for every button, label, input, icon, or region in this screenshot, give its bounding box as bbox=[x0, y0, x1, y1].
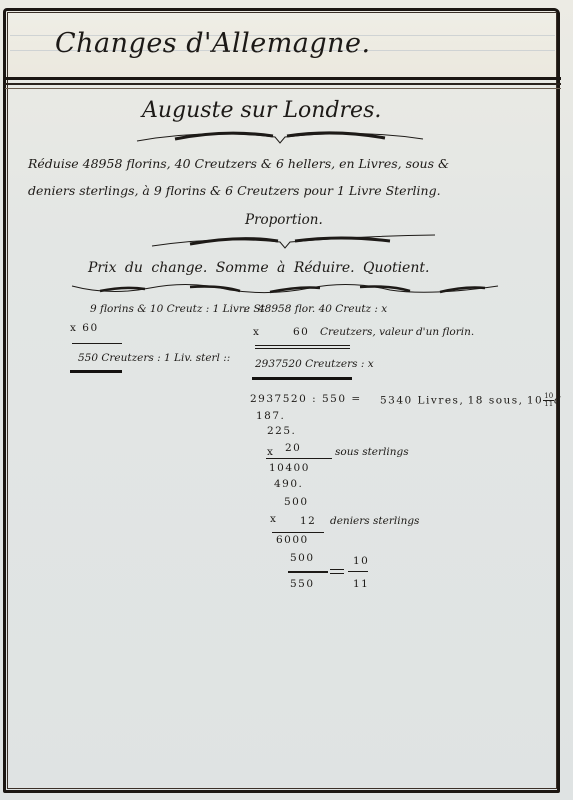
mult2-label: deniers sterlings bbox=[330, 515, 419, 527]
proportion-row2-note: Creutzers, valeur d'un florin. bbox=[320, 326, 474, 338]
division-step-1: 187. bbox=[256, 410, 285, 422]
double-rule bbox=[70, 370, 122, 373]
remainder-1: 490. bbox=[274, 478, 303, 490]
section-title: Auguste sur Londres. bbox=[142, 98, 381, 123]
product-2: 6000 bbox=[276, 534, 309, 546]
fraction-bar bbox=[288, 571, 328, 573]
sum-rule bbox=[72, 343, 122, 344]
equals-bar bbox=[330, 569, 344, 570]
reduced-numerator: 10 bbox=[353, 555, 369, 567]
proportion-row3-left: 550 Creutzers : 1 Liv. sterl :: bbox=[78, 352, 230, 364]
problem-line-2: deniers sterlings, à 9 florins & 6 Creut… bbox=[28, 183, 441, 198]
column-headers: Prix du change. Somme à Réduire. Quotien… bbox=[88, 260, 429, 276]
header-divider bbox=[5, 77, 561, 80]
fraction-numerator-500: 500 bbox=[290, 552, 315, 564]
result-fraction: 1011 bbox=[543, 393, 554, 408]
proportion-row1-right: 48958 flor. 40 Creutz : x bbox=[258, 303, 387, 315]
mult1-val: 20 bbox=[285, 442, 301, 454]
equals-bar bbox=[330, 573, 344, 574]
header-somme: Somme à Réduire. bbox=[216, 260, 355, 276]
product-1: 10400 bbox=[269, 462, 310, 474]
double-rule bbox=[252, 377, 352, 380]
fraction-denominator: 11 bbox=[544, 400, 553, 408]
sum-rule bbox=[266, 458, 332, 459]
flourish-divider bbox=[150, 232, 440, 250]
header-divider bbox=[5, 88, 561, 89]
result-whole: 10 bbox=[527, 395, 543, 407]
fraction-bar bbox=[348, 571, 368, 572]
mult2-val: 12 bbox=[300, 515, 316, 527]
header-quotient: Quotient. bbox=[363, 260, 429, 276]
proportion-row1-sep: :: bbox=[243, 303, 250, 315]
fraction-denominator-550: 550 bbox=[290, 578, 315, 590]
proportion-row1-left: 9 florins & 10 Creutz : 1 Livre St bbox=[90, 303, 265, 315]
wavy-divider bbox=[70, 282, 500, 296]
mult1-label: sous sterlings bbox=[335, 446, 409, 458]
proportion-row2-val: 60 bbox=[293, 326, 309, 338]
proportion-label: Proportion. bbox=[245, 212, 323, 228]
division-step-2: 225. bbox=[267, 425, 296, 437]
division-equation: 2937520 : 550 = bbox=[250, 393, 362, 405]
step-3: 500 bbox=[284, 496, 309, 508]
mult1-op: x bbox=[267, 446, 274, 458]
flourish-divider bbox=[135, 127, 425, 145]
mult2-op: x bbox=[270, 513, 277, 525]
division-result: 5340 Livres, 18 sous, 101011d bbox=[380, 393, 561, 408]
sum-rule bbox=[272, 532, 324, 533]
manuscript-page: Changes d'Allemagne. Auguste sur Londres… bbox=[0, 0, 573, 800]
header-prix: Prix du change. bbox=[88, 260, 207, 276]
proportion-row2-op: x bbox=[253, 326, 260, 338]
proportion-row2-left: x 60 bbox=[70, 322, 99, 334]
page-title: Changes d'Allemagne. bbox=[55, 28, 371, 59]
result-livres: 5340 Livres, bbox=[380, 395, 464, 407]
sum-rule bbox=[255, 348, 350, 349]
reduced-denominator: 11 bbox=[353, 578, 369, 590]
problem-line-1: Réduise 48958 florins, 40 Creutzers & 6 … bbox=[28, 156, 449, 171]
result-sous: 18 sous, bbox=[468, 395, 524, 407]
result-suffix: d bbox=[554, 395, 561, 407]
proportion-row3-right: 2937520 Creutzers : x bbox=[255, 358, 374, 370]
header-divider bbox=[5, 83, 561, 85]
sum-rule bbox=[255, 345, 350, 346]
